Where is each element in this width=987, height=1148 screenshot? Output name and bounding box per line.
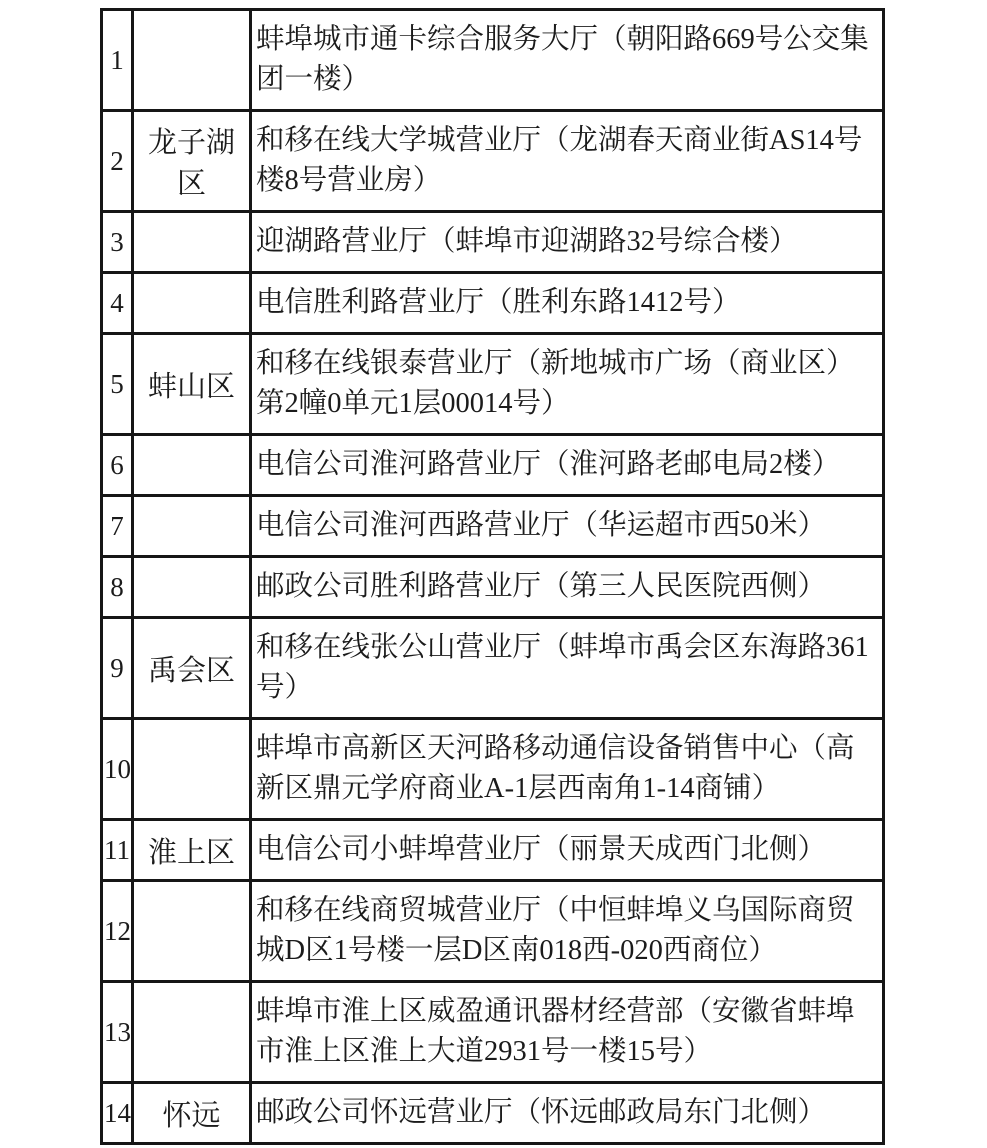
table-row: 1蚌埠城市通卡综合服务大厅（朝阳路669号公交集团一楼） [102,10,884,111]
district-cell [133,881,251,982]
service-locations-table: 1蚌埠城市通卡综合服务大厅（朝阳路669号公交集团一楼）2龙子湖区和移在线大学城… [100,8,885,1145]
row-number-cell: 4 [102,273,133,334]
table-row: 12和移在线商贸城营业厅（中恒蚌埠义乌国际商贸城D区1号楼一层D区南018西-0… [102,881,884,982]
district-cell [133,10,251,111]
district-cell [133,273,251,334]
row-number-cell: 9 [102,618,133,719]
row-number-cell: 14 [102,1083,133,1144]
table-row: 10蚌埠市高新区天河路移动通信设备销售中心（高新区鼎元学府商业A-1层西南角1-… [102,719,884,820]
table-row: 5蚌山区和移在线银泰营业厅（新地城市广场（商业区）第2幢0单元1层00014号） [102,334,884,435]
row-number-cell: 11 [102,820,133,881]
row-number-cell: 3 [102,212,133,273]
table-row: 2龙子湖区和移在线大学城营业厅（龙湖春天商业街AS14号楼8号营业房） [102,111,884,212]
district-cell [133,557,251,618]
district-cell: 淮上区 [133,820,251,881]
district-cell [133,435,251,496]
row-number-cell: 13 [102,982,133,1083]
district-cell [133,212,251,273]
table-row: 13蚌埠市淮上区威盈通讯器材经营部（安徽省蚌埠市淮上区淮上大道2931号一楼15… [102,982,884,1083]
row-number-cell: 2 [102,111,133,212]
row-number-cell: 6 [102,435,133,496]
location-cell: 和移在线张公山营业厅（蚌埠市禹会区东海路361号） [251,618,884,719]
row-number-cell: 7 [102,496,133,557]
location-cell: 邮政公司胜利路营业厅（第三人民医院西侧） [251,557,884,618]
location-cell: 和移在线商贸城营业厅（中恒蚌埠义乌国际商贸城D区1号楼一层D区南018西-020… [251,881,884,982]
table-row: 7电信公司淮河西路营业厅（华运超市西50米） [102,496,884,557]
location-cell: 电信公司淮河路营业厅（淮河路老邮电局2楼） [251,435,884,496]
location-cell: 电信公司小蚌埠营业厅（丽景天成西门北侧） [251,820,884,881]
location-cell: 邮政公司怀远营业厅（怀远邮政局东门北侧） [251,1083,884,1144]
location-cell: 迎湖路营业厅（蚌埠市迎湖路32号综合楼） [251,212,884,273]
service-locations-table-body: 1蚌埠城市通卡综合服务大厅（朝阳路669号公交集团一楼）2龙子湖区和移在线大学城… [102,10,884,1144]
table-row: 4电信胜利路营业厅（胜利东路1412号） [102,273,884,334]
district-cell [133,719,251,820]
district-cell: 怀远 [133,1083,251,1144]
table-row: 9禹会区和移在线张公山营业厅（蚌埠市禹会区东海路361号） [102,618,884,719]
district-cell: 蚌山区 [133,334,251,435]
row-number-cell: 12 [102,881,133,982]
row-number-cell: 1 [102,10,133,111]
row-number-cell: 5 [102,334,133,435]
table-row: 8邮政公司胜利路营业厅（第三人民医院西侧） [102,557,884,618]
location-cell: 蚌埠市淮上区威盈通讯器材经营部（安徽省蚌埠市淮上区淮上大道2931号一楼15号） [251,982,884,1083]
row-number-cell: 8 [102,557,133,618]
location-cell: 和移在线大学城营业厅（龙湖春天商业街AS14号楼8号营业房） [251,111,884,212]
table-row: 11淮上区电信公司小蚌埠营业厅（丽景天成西门北侧） [102,820,884,881]
row-number-cell: 10 [102,719,133,820]
district-cell: 禹会区 [133,618,251,719]
table-row: 6电信公司淮河路营业厅（淮河路老邮电局2楼） [102,435,884,496]
page: 1蚌埠城市通卡综合服务大厅（朝阳路669号公交集团一楼）2龙子湖区和移在线大学城… [0,0,987,1148]
district-cell [133,982,251,1083]
location-cell: 蚌埠市高新区天河路移动通信设备销售中心（高新区鼎元学府商业A-1层西南角1-14… [251,719,884,820]
district-cell: 龙子湖区 [133,111,251,212]
location-cell: 和移在线银泰营业厅（新地城市广场（商业区）第2幢0单元1层00014号） [251,334,884,435]
district-cell [133,496,251,557]
location-cell: 电信胜利路营业厅（胜利东路1412号） [251,273,884,334]
location-cell: 蚌埠城市通卡综合服务大厅（朝阳路669号公交集团一楼） [251,10,884,111]
location-cell: 电信公司淮河西路营业厅（华运超市西50米） [251,496,884,557]
table-row: 3迎湖路营业厅（蚌埠市迎湖路32号综合楼） [102,212,884,273]
table-row: 14怀远邮政公司怀远营业厅（怀远邮政局东门北侧） [102,1083,884,1144]
